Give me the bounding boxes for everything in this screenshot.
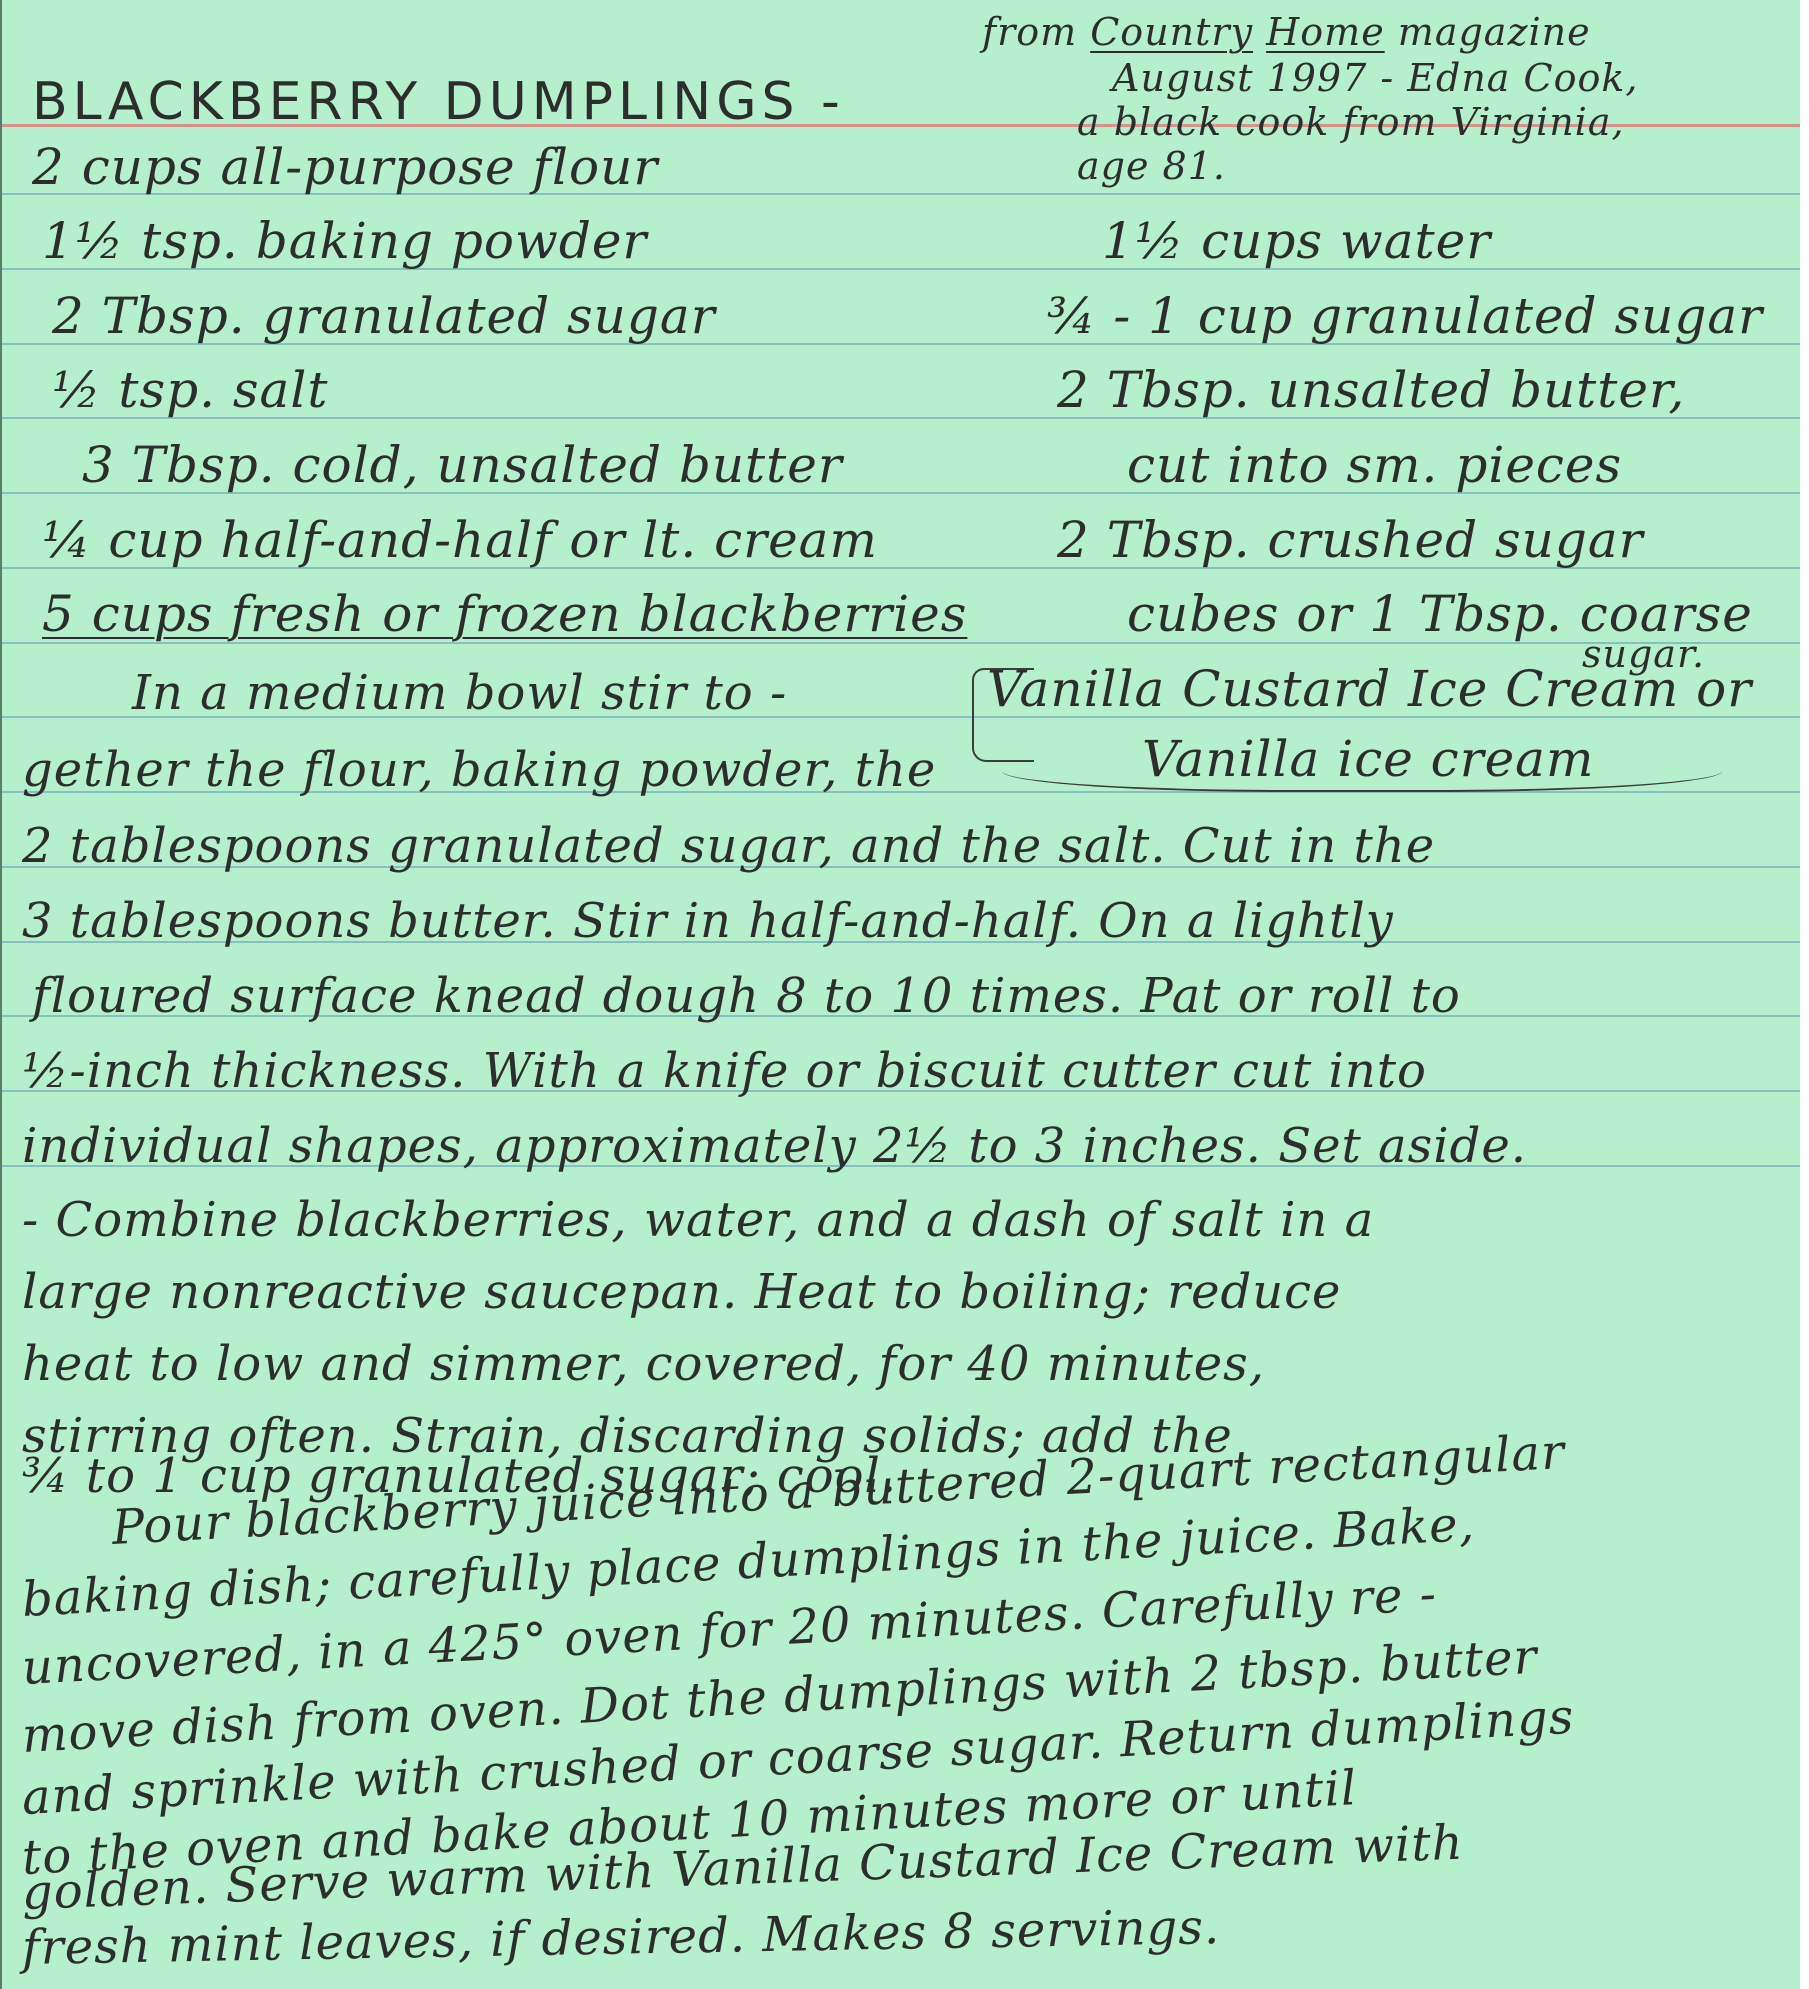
- magazine-name-2: Home: [1266, 10, 1385, 54]
- instruction-line: gether the flour, baking powder, the: [22, 742, 936, 798]
- ingredient-item: 1½ cups water: [1102, 212, 1491, 270]
- serving-note-line1: Vanilla Custard Ice Cream or: [987, 660, 1752, 718]
- source-prefix: from: [982, 10, 1077, 54]
- instruction-line: ½-inch thickness. With a knife or biscui…: [22, 1043, 1427, 1099]
- source-note-line3: a black cook from Virginia,: [1077, 100, 1625, 144]
- instruction-line: - Combine blackberries, water, and a das…: [22, 1192, 1374, 1248]
- magazine-name-1: Country: [1090, 10, 1253, 54]
- instruction-line: large nonreactive saucepan. Heat to boil…: [22, 1264, 1341, 1320]
- ingredient-item: cut into sm. pieces: [1127, 436, 1622, 494]
- ingredient-item: ½ tsp. salt: [52, 361, 328, 419]
- instruction-line: 2 tablespoons granulated sugar, and the …: [22, 818, 1435, 874]
- serving-note-line2: Vanilla ice cream: [1142, 730, 1594, 788]
- ingredient-item: 1½ tsp. baking powder: [42, 212, 647, 270]
- ingredient-item: 2 Tbsp. crushed sugar: [1057, 511, 1644, 569]
- ingredient-item: 2 Tbsp. granulated sugar: [52, 287, 716, 345]
- ingredient-item: 2 cups all-purpose flour: [32, 138, 658, 196]
- ingredient-item: ¼ cup half-and-half or lt. cream: [42, 511, 878, 569]
- instruction-line: individual shapes, approximately 2½ to 3…: [22, 1118, 1527, 1174]
- instruction-line: 3 tablespoons butter. Stir in half-and-h…: [22, 893, 1394, 949]
- recipe-card: BLACKBERRY DUMPLINGS - from Country Home…: [0, 0, 1800, 1989]
- instruction-line: heat to low and simmer, covered, for 40 …: [22, 1336, 1265, 1392]
- source-note-line1: from Country Home magazine: [982, 10, 1591, 54]
- source-note-line4: age 81.: [1077, 144, 1226, 188]
- ingredient-item: 3 Tbsp. cold, unsalted butter: [82, 436, 843, 494]
- ingredient-item: ¾ - 1 cup granulated sugar: [1047, 287, 1763, 345]
- recipe-title: BLACKBERRY DUMPLINGS -: [32, 72, 845, 132]
- instruction-line: floured surface knead dough 8 to 10 time…: [32, 968, 1461, 1024]
- ingredient-item: 2 Tbsp. unsalted butter,: [1057, 361, 1685, 419]
- source-suffix: magazine: [1398, 10, 1591, 54]
- ingredient-item: 5 cups fresh or frozen blackberries: [42, 585, 967, 643]
- instruction-line: In a medium bowl stir to -: [132, 665, 787, 721]
- source-note-line2: August 1997 - Edna Cook,: [1112, 56, 1638, 100]
